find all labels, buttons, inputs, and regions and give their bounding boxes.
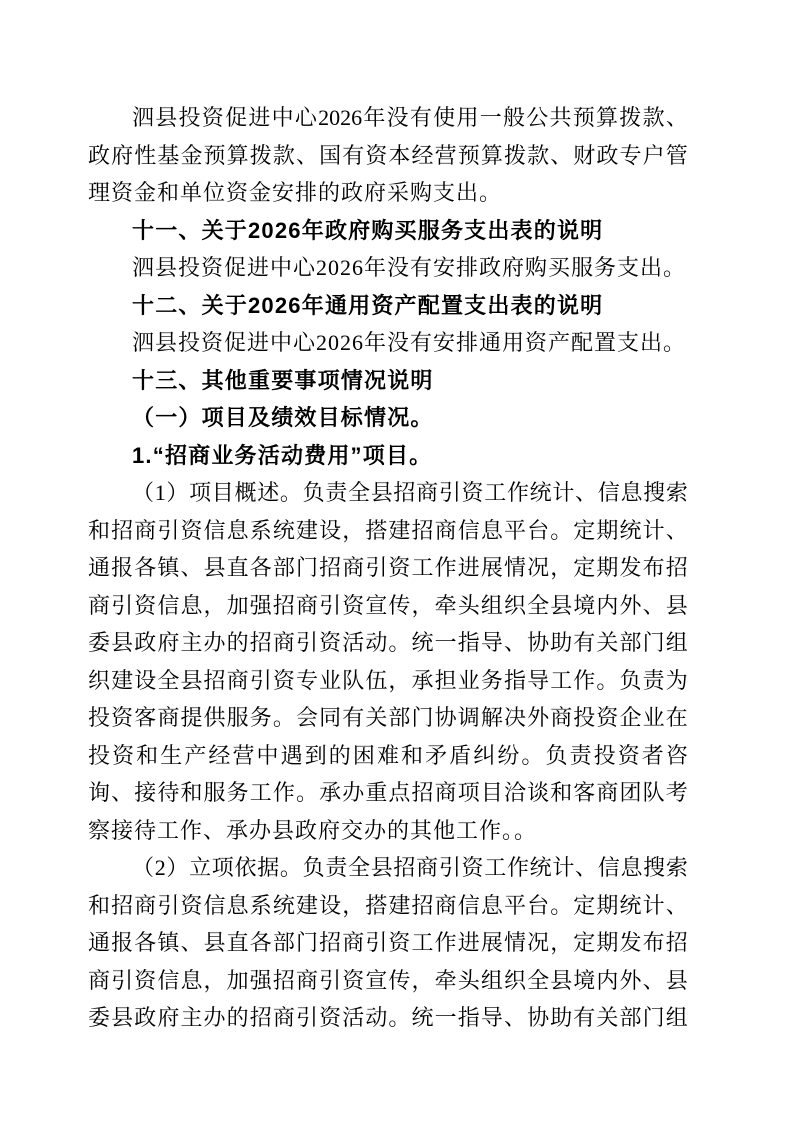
glyph: 金 (180, 137, 202, 175)
glyph: 遇 (281, 737, 303, 775)
glyph: 直 (227, 924, 249, 962)
glyph: 难 (377, 737, 399, 775)
glyph: 县 (550, 587, 572, 625)
glyph: 门 (643, 999, 665, 1037)
glyph: 报 (111, 924, 133, 962)
glyph: 计 (643, 887, 665, 925)
glyph: 各 (250, 549, 272, 587)
heading-line: 十一、关于2026年政府购买服务支出表的说明 (88, 212, 688, 250)
glyph: 台 (527, 887, 549, 925)
glyph: 使 (433, 99, 455, 137)
glyph: 县 (180, 662, 202, 700)
glyph: 、 (643, 587, 665, 625)
body-text-line: 泗县投资促进中心2026年没有安排通用资产配置支出。 (88, 324, 688, 362)
glyph: 目 (212, 474, 234, 512)
glyph: 信 (458, 512, 480, 550)
glyph: 府 (157, 624, 179, 662)
glyph: 活 (342, 999, 364, 1037)
glyph: 组 (666, 999, 688, 1037)
glyph: 展 (481, 549, 503, 587)
glyph: 承 (319, 774, 341, 812)
glyph: ， (388, 662, 410, 700)
body-text-line: 通报各镇、县直各部门招商引资工作进展情况，定期发布招 (88, 924, 688, 962)
glyph: ， (204, 962, 226, 1000)
glyph: 、 (666, 887, 688, 925)
glyph: 统 (530, 474, 552, 512)
glyph: 期 (596, 512, 618, 550)
glyph: 考 (666, 774, 688, 812)
glyph: 办 (204, 624, 226, 662)
glyph: 政 (134, 624, 156, 662)
glyph: 建 (388, 887, 410, 925)
glyph: ） (166, 474, 188, 512)
glyph: 展 (481, 924, 503, 962)
glyph: （ (132, 474, 154, 512)
glyph: 况 (527, 924, 549, 962)
glyph: 企 (620, 699, 642, 737)
glyph: 进 (458, 549, 480, 587)
glyph: 信 (157, 587, 179, 625)
glyph: 息 (481, 887, 503, 925)
glyph: 商 (296, 587, 318, 625)
body-text-line: 泗县投资促进中心2026年没有安排政府购买服务支出。 (88, 249, 688, 287)
glyph: 。 (280, 474, 302, 512)
glyph: 纠 (473, 737, 495, 775)
glyph: 目 (481, 774, 503, 812)
glyph: 县 (550, 962, 572, 1000)
glyph: 统 (412, 999, 434, 1037)
glyph: 全 (527, 962, 549, 1000)
glyph: 布 (643, 924, 665, 962)
body-text-line: 委县政府主办的招商引资活动。统一指导、协助有关部门组 (88, 999, 688, 1037)
glyph: 客 (134, 699, 156, 737)
glyph: 各 (134, 924, 156, 962)
glyph: 提 (180, 699, 202, 737)
glyph: 有 (342, 699, 364, 737)
glyph: 。 (296, 774, 318, 812)
glyph: 负 (620, 662, 642, 700)
glyph: 设 (134, 662, 156, 700)
glyph: 引 (296, 624, 318, 662)
glyph: 资 (388, 924, 410, 962)
glyph: 引 (365, 549, 387, 587)
glyph: 拨 (504, 137, 526, 175)
glyph: 投 (573, 699, 595, 737)
glyph: 内 (596, 962, 618, 1000)
glyph: 项 (458, 774, 480, 812)
glyph: 息 (227, 512, 249, 550)
glyph: 招 (412, 774, 434, 812)
glyph: 组 (666, 624, 688, 662)
glyph: 、 (550, 137, 572, 175)
glyph: 头 (458, 962, 480, 1000)
glyph: 商 (273, 999, 295, 1037)
glyph: 内 (596, 587, 618, 625)
glyph: 作 (435, 924, 457, 962)
glyph: 信 (458, 887, 480, 925)
glyph: 到 (305, 737, 327, 775)
glyph: 关 (596, 624, 618, 662)
glyph: 资 (134, 587, 156, 625)
glyph: 搜 (643, 849, 665, 887)
glyph: 主 (180, 624, 202, 662)
glyph: 加 (227, 962, 249, 1000)
glyph: 财 (573, 137, 595, 175)
glyph: 传 (388, 962, 410, 1000)
glyph: 协 (435, 699, 457, 737)
glyph: 况 (527, 549, 549, 587)
glyph: 接 (134, 774, 156, 812)
glyph: 资 (596, 699, 618, 737)
glyph: 商 (88, 587, 110, 625)
glyph: 助 (550, 624, 572, 662)
glyph: 算 (227, 137, 249, 175)
glyph: 息 (620, 849, 642, 887)
glyph: 牵 (435, 587, 457, 625)
glyph: ， (342, 512, 364, 550)
glyph: 和 (88, 512, 110, 550)
glyph: 责 (325, 474, 347, 512)
glyph: 统 (273, 512, 295, 550)
glyph: 经 (412, 137, 434, 175)
glyph: 作 (507, 849, 529, 887)
glyph: 镇 (157, 549, 179, 587)
glyph: 重 (365, 774, 387, 812)
glyph: 引 (439, 474, 461, 512)
glyph: 门 (643, 624, 665, 662)
glyph: 期 (596, 924, 618, 962)
glyph: 困 (353, 737, 375, 775)
glyph: 项 (212, 849, 234, 887)
glyph: 2026 (318, 99, 362, 137)
glyph: 各 (134, 549, 156, 587)
glyph: 组 (481, 962, 503, 1000)
glyph: 一 (480, 99, 502, 137)
glyph: 招 (412, 512, 434, 550)
glyph: 资 (202, 99, 224, 137)
body-text-line: 投资和生产经营中遇到的困难和矛盾纠纷。负责投资者咨 (88, 737, 688, 775)
body-text-line: 询、接待和服务工作。承办重点招商项目洽谈和客商团队考 (88, 774, 688, 812)
glyph: 信 (204, 887, 226, 925)
glyph: 导 (481, 624, 503, 662)
glyph: ， (412, 962, 434, 1000)
glyph: 头 (458, 587, 480, 625)
glyph: 务 (250, 699, 272, 737)
glyph: 息 (180, 962, 202, 1000)
glyph: 和 (136, 737, 158, 775)
glyph: 县 (155, 99, 177, 137)
glyph: 本 (388, 137, 410, 175)
glyph: 门 (296, 549, 318, 587)
glyph: 有 (342, 137, 364, 175)
glyph: 期 (596, 887, 618, 925)
glyph: 业 (643, 699, 665, 737)
glyph: 为 (666, 662, 688, 700)
glyph: 招 (273, 962, 295, 1000)
glyph: 拨 (250, 137, 272, 175)
glyph: 信 (598, 474, 620, 512)
glyph: 、 (643, 962, 665, 1000)
body-text-line: 政府性基金预算拨款、国有资本经营预算拨款、财政专户管 (88, 137, 688, 175)
glyph: 信 (598, 849, 620, 887)
body-text-line: 理资金和单位资金安排的政府采购支出。 (88, 174, 688, 212)
glyph: ， (550, 549, 572, 587)
glyph: 台 (527, 512, 549, 550)
glyph: 门 (296, 924, 318, 962)
glyph: 招 (319, 924, 341, 962)
glyph: 情 (504, 924, 526, 962)
glyph: 计 (643, 512, 665, 550)
glyph: 责 (570, 737, 592, 775)
glyph: 。 (596, 662, 618, 700)
glyph: 项 (189, 474, 211, 512)
glyph: 、 (666, 512, 688, 550)
glyph: 、 (666, 99, 688, 137)
glyph: 织 (504, 962, 526, 1000)
glyph: 点 (388, 774, 410, 812)
glyph: 管 (666, 137, 688, 175)
glyph: 款 (527, 137, 549, 175)
glyph: 资 (319, 999, 341, 1037)
glyph: 政 (88, 137, 110, 175)
glyph: 助 (550, 999, 572, 1037)
glyph: 算 (596, 99, 618, 137)
glyph: 负 (303, 474, 325, 512)
glyph: 决 (504, 699, 526, 737)
glyph: 搭 (365, 887, 387, 925)
glyph: 全 (157, 662, 179, 700)
glyph: 经 (208, 737, 230, 775)
glyph: 引 (319, 587, 341, 625)
glyph: 境 (573, 962, 595, 1000)
glyph: 投 (594, 737, 616, 775)
glyph: 部 (273, 924, 295, 962)
glyph: 预 (458, 137, 480, 175)
glyph: 用 (456, 99, 478, 137)
glyph: 担 (435, 662, 457, 700)
glyph: 团 (620, 774, 642, 812)
glyph: 谈 (527, 774, 549, 812)
glyph: 和 (180, 774, 202, 812)
glyph: 资 (180, 512, 202, 550)
glyph: 户 (643, 137, 665, 175)
glyph: 商 (550, 699, 572, 737)
heading-line: 十三、其他重要事项情况说明 (88, 362, 688, 400)
glyph: 营 (232, 737, 254, 775)
glyph: ） (166, 849, 188, 887)
glyph: 县 (371, 849, 393, 887)
body-text-line: 和招商引资信息系统建设，搭建招商信息平台。定期统计、 (88, 887, 688, 925)
glyph: 商 (296, 962, 318, 1000)
glyph: 招 (666, 924, 688, 962)
glyph: 商 (342, 924, 364, 962)
glyph: 息 (620, 474, 642, 512)
glyph: 招 (204, 662, 226, 700)
body-text-line: 投资客商提供服务。会同有关部门协调解决外商投资企业在 (88, 699, 688, 737)
glyph: 搭 (365, 512, 387, 550)
glyph: 招 (412, 887, 434, 925)
glyph: 生 (160, 737, 182, 775)
glyph: 、 (504, 999, 526, 1037)
glyph: 招 (393, 474, 415, 512)
glyph: 建 (296, 887, 318, 925)
glyph: 引 (157, 512, 179, 550)
glyph: 性 (134, 137, 156, 175)
glyph: 作 (435, 549, 457, 587)
glyph: 统 (412, 624, 434, 662)
glyph: 平 (504, 512, 526, 550)
glyph: 解 (481, 699, 503, 737)
glyph: 投 (179, 99, 201, 137)
glyph: 1 (155, 474, 166, 512)
glyph: 专 (296, 662, 318, 700)
glyph: 委 (88, 999, 110, 1037)
glyph: 主 (180, 999, 202, 1037)
glyph: 织 (88, 662, 110, 700)
glyph: 商 (416, 849, 438, 887)
glyph: （ (132, 849, 154, 887)
glyph: 服 (227, 699, 249, 737)
glyph: 队 (643, 774, 665, 812)
glyph: 有 (573, 624, 595, 662)
body-text-line: 委县政府主办的招商引资活动。统一指导、协助有关部门组 (88, 624, 688, 662)
glyph: 、 (504, 624, 526, 662)
glyph: 纷 (497, 737, 519, 775)
document-content: 泗县投资促进中心2026年没有使用一般公共预算拨款、政府性基金预算拨款、国有资本… (88, 99, 688, 1037)
glyph: 商 (273, 624, 295, 662)
glyph: 县 (666, 587, 688, 625)
glyph: 招 (393, 849, 415, 887)
glyph: 政 (596, 137, 618, 175)
glyph: 招 (319, 549, 341, 587)
glyph: 强 (250, 587, 272, 625)
glyph: 索 (666, 849, 688, 887)
glyph: 组 (481, 587, 503, 625)
body-text-line: 泗县投资促进中心2026年没有使用一般公共预算拨款、 (88, 99, 688, 137)
glyph: 、 (180, 924, 202, 962)
glyph: 通 (88, 549, 110, 587)
glyph: 指 (458, 999, 480, 1037)
glyph: 统 (273, 887, 295, 925)
glyph: 政 (134, 999, 156, 1037)
glyph: 。 (388, 999, 410, 1037)
glyph: 的 (329, 737, 351, 775)
glyph: 全 (348, 474, 370, 512)
heading-line: 十二、关于2026年通用资产配置支出表的说明 (88, 287, 688, 325)
glyph: 公 (526, 99, 548, 137)
glyph: 待 (157, 774, 179, 812)
glyph: 定 (573, 512, 595, 550)
glyph: 工 (484, 474, 506, 512)
glyph: 和 (550, 774, 572, 812)
glyph: 引 (319, 962, 341, 1000)
glyph: 款 (643, 99, 665, 137)
glyph: 负 (303, 849, 325, 887)
glyph: 各 (250, 924, 272, 962)
glyph: 产 (184, 737, 206, 775)
glyph: 工 (250, 774, 272, 812)
glyph: 在 (666, 699, 688, 737)
glyph: 统 (620, 512, 642, 550)
glyph: 调 (458, 699, 480, 737)
glyph: 导 (481, 999, 503, 1037)
glyph: 引 (296, 999, 318, 1037)
glyph: 县 (111, 999, 133, 1037)
glyph: 商 (342, 549, 364, 587)
glyph: 专 (620, 137, 642, 175)
glyph: 。 (550, 887, 572, 925)
glyph: 资 (342, 962, 364, 1000)
glyph: 办 (342, 774, 364, 812)
glyph: 促 (225, 99, 247, 137)
heading-line: （一）项目及绩效目标情况。 (88, 399, 688, 437)
glyph: 动 (365, 999, 387, 1037)
glyph: 和 (401, 737, 423, 775)
glyph: 商 (416, 474, 438, 512)
glyph: 发 (620, 924, 642, 962)
glyph: 。 (388, 624, 410, 662)
glyph: 县 (666, 962, 688, 1000)
glyph: 营 (435, 137, 457, 175)
glyph: 加 (227, 587, 249, 625)
glyph: 据 (257, 849, 279, 887)
glyph: 作 (273, 774, 295, 812)
glyph: 部 (620, 999, 642, 1037)
body-text-line: 察接待工作、承办县政府交办的其他工作。。 (88, 812, 688, 850)
glyph: 进 (248, 99, 270, 137)
glyph: 传 (388, 587, 410, 625)
glyph: 搜 (643, 474, 665, 512)
body-text-line: 商引资信息，加强招商引资宣传，牵头组织全县境内外、县 (88, 587, 688, 625)
glyph: 年 (363, 99, 385, 137)
glyph: 投 (88, 737, 110, 775)
glyph: 关 (596, 999, 618, 1037)
glyph: 计 (552, 849, 574, 887)
glyph: 资 (618, 737, 640, 775)
glyph: 商 (596, 774, 618, 812)
glyph: 。 (273, 699, 295, 737)
glyph: 招 (250, 624, 272, 662)
glyph: 招 (666, 549, 688, 587)
glyph: 设 (319, 512, 341, 550)
glyph: 资 (112, 737, 134, 775)
body-text-line: 和招商引资信息系统建设，搭建招商信息平台。定期统计、 (88, 512, 688, 550)
glyph: 县 (204, 924, 226, 962)
glyph: 伍 (365, 662, 387, 700)
glyph: 拨 (619, 99, 641, 137)
glyph: 工 (412, 924, 434, 962)
glyph: 资 (319, 624, 341, 662)
glyph: 系 (250, 887, 272, 925)
glyph: 述 (257, 474, 279, 512)
glyph: 商 (134, 512, 156, 550)
glyph: 布 (643, 549, 665, 587)
glyph: 引 (250, 662, 272, 700)
glyph: 强 (250, 962, 272, 1000)
glyph: 息 (180, 587, 202, 625)
glyph: 业 (458, 662, 480, 700)
glyph: 。 (280, 849, 302, 887)
glyph: 定 (573, 887, 595, 925)
glyph: 引 (439, 849, 461, 887)
glyph: 统 (620, 887, 642, 925)
glyph: 同 (319, 699, 341, 737)
glyph: 计 (552, 474, 574, 512)
glyph: 者 (642, 737, 664, 775)
glyph: 队 (342, 662, 364, 700)
glyph: 报 (111, 549, 133, 587)
glyph: 询 (88, 774, 110, 812)
